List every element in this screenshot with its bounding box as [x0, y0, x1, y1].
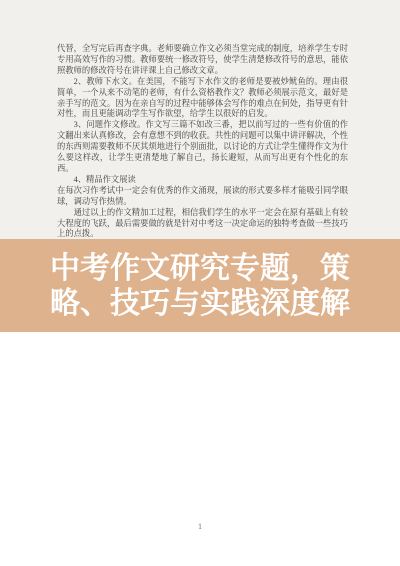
scanned-document-section: 代替，全写完后再查字典。老师要确立作文必须当堂完成的制度，培养学生专时专用高效写…: [0, 0, 400, 239]
article-title: 中考作文研究专题，策略、技巧与实践深度解: [39, 251, 361, 321]
document-text-block: 代替，全写完后再查字典。老师要确立作文必须当堂完成的制度，培养学生专时专用高效写…: [57, 44, 348, 239]
paragraph: 3、问题作文修改。作文写三篇不如改三番，把以前写过的一些有价值的作文翻出来认真修…: [57, 120, 348, 175]
paragraph: 代替，全写完后再查字典。老师要确立作文必须当堂完成的制度，培养学生专时专用高效写…: [57, 44, 348, 77]
title-banner: 中考作文研究专题，策略、技巧与实践深度解: [0, 239, 400, 332]
page-footer-area: 1: [0, 332, 400, 566]
document-preview-page: 代替，全写完后再查字典。老师要确立作文必须当堂完成的制度，培养学生专时专用高效写…: [0, 0, 400, 566]
paragraph: 在每次习作考试中一定会有优秀的作文涌现，展读的形式要多样才能吸引同学眼球，调动写…: [57, 186, 348, 208]
paragraph: 2、教师下水文。在美国，不能写下水作文的老师是要被炒鱿鱼的。理由很简单，一个从来…: [57, 77, 348, 121]
paragraph: 通过以上的作文精加工过程，相信我们学生的水平一定会在原有基础上有较大程度的飞跃，…: [57, 208, 348, 239]
page-number: 1: [0, 522, 400, 531]
paragraph: 4、精品作文展读: [57, 175, 348, 186]
